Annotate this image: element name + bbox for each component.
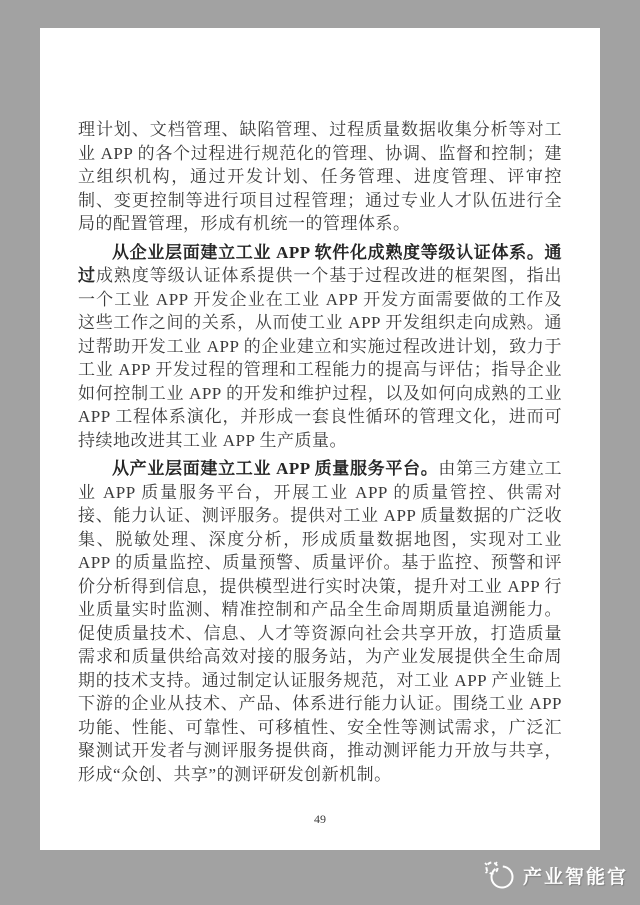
overlapping-circles-logo-icon [483,859,517,891]
paragraph: 从企业层面建立工业 APP 软件化成熟度等级认证体系。通过成熟度等级认证体系提供… [78,241,562,453]
paragraph-text: 由第三方建立工业 APP 质量服务平台，开展工业 APP 的质量管控、供需对接、… [78,459,562,784]
paragraph: 理计划、文档管理、缺陷管理、过程质量数据收集分析等对工业 APP 的各个过程进行… [78,118,562,236]
document-body: 理计划、文档管理、缺陷管理、过程质量数据收集分析等对工业 APP 的各个过程进行… [78,118,562,786]
paragraph: 从产业层面建立工业 APP 质量服务平台。由第三方建立工业 APP 质量服务平台… [78,457,562,786]
paragraph-text: 理计划、文档管理、缺陷管理、过程质量数据收集分析等对工业 APP 的各个过程进行… [78,120,562,233]
paragraph-text: 成熟度等级认证体系提供一个基于过程改进的框架图，指出一个工业 APP 开发企业在… [78,266,562,450]
page-number: 49 [78,812,562,827]
document-page: 理计划、文档管理、缺陷管理、过程质量数据收集分析等对工业 APP 的各个过程进行… [40,28,600,850]
footer-brand: 产业智能官 [483,859,628,891]
brand-name: 产业智能官 [523,862,628,889]
paragraph-heading-text: 从产业层面建立工业 APP 质量服务平台。 [112,459,438,478]
page-matte: { "document": { "paragraphs": [ { "inden… [0,0,640,905]
